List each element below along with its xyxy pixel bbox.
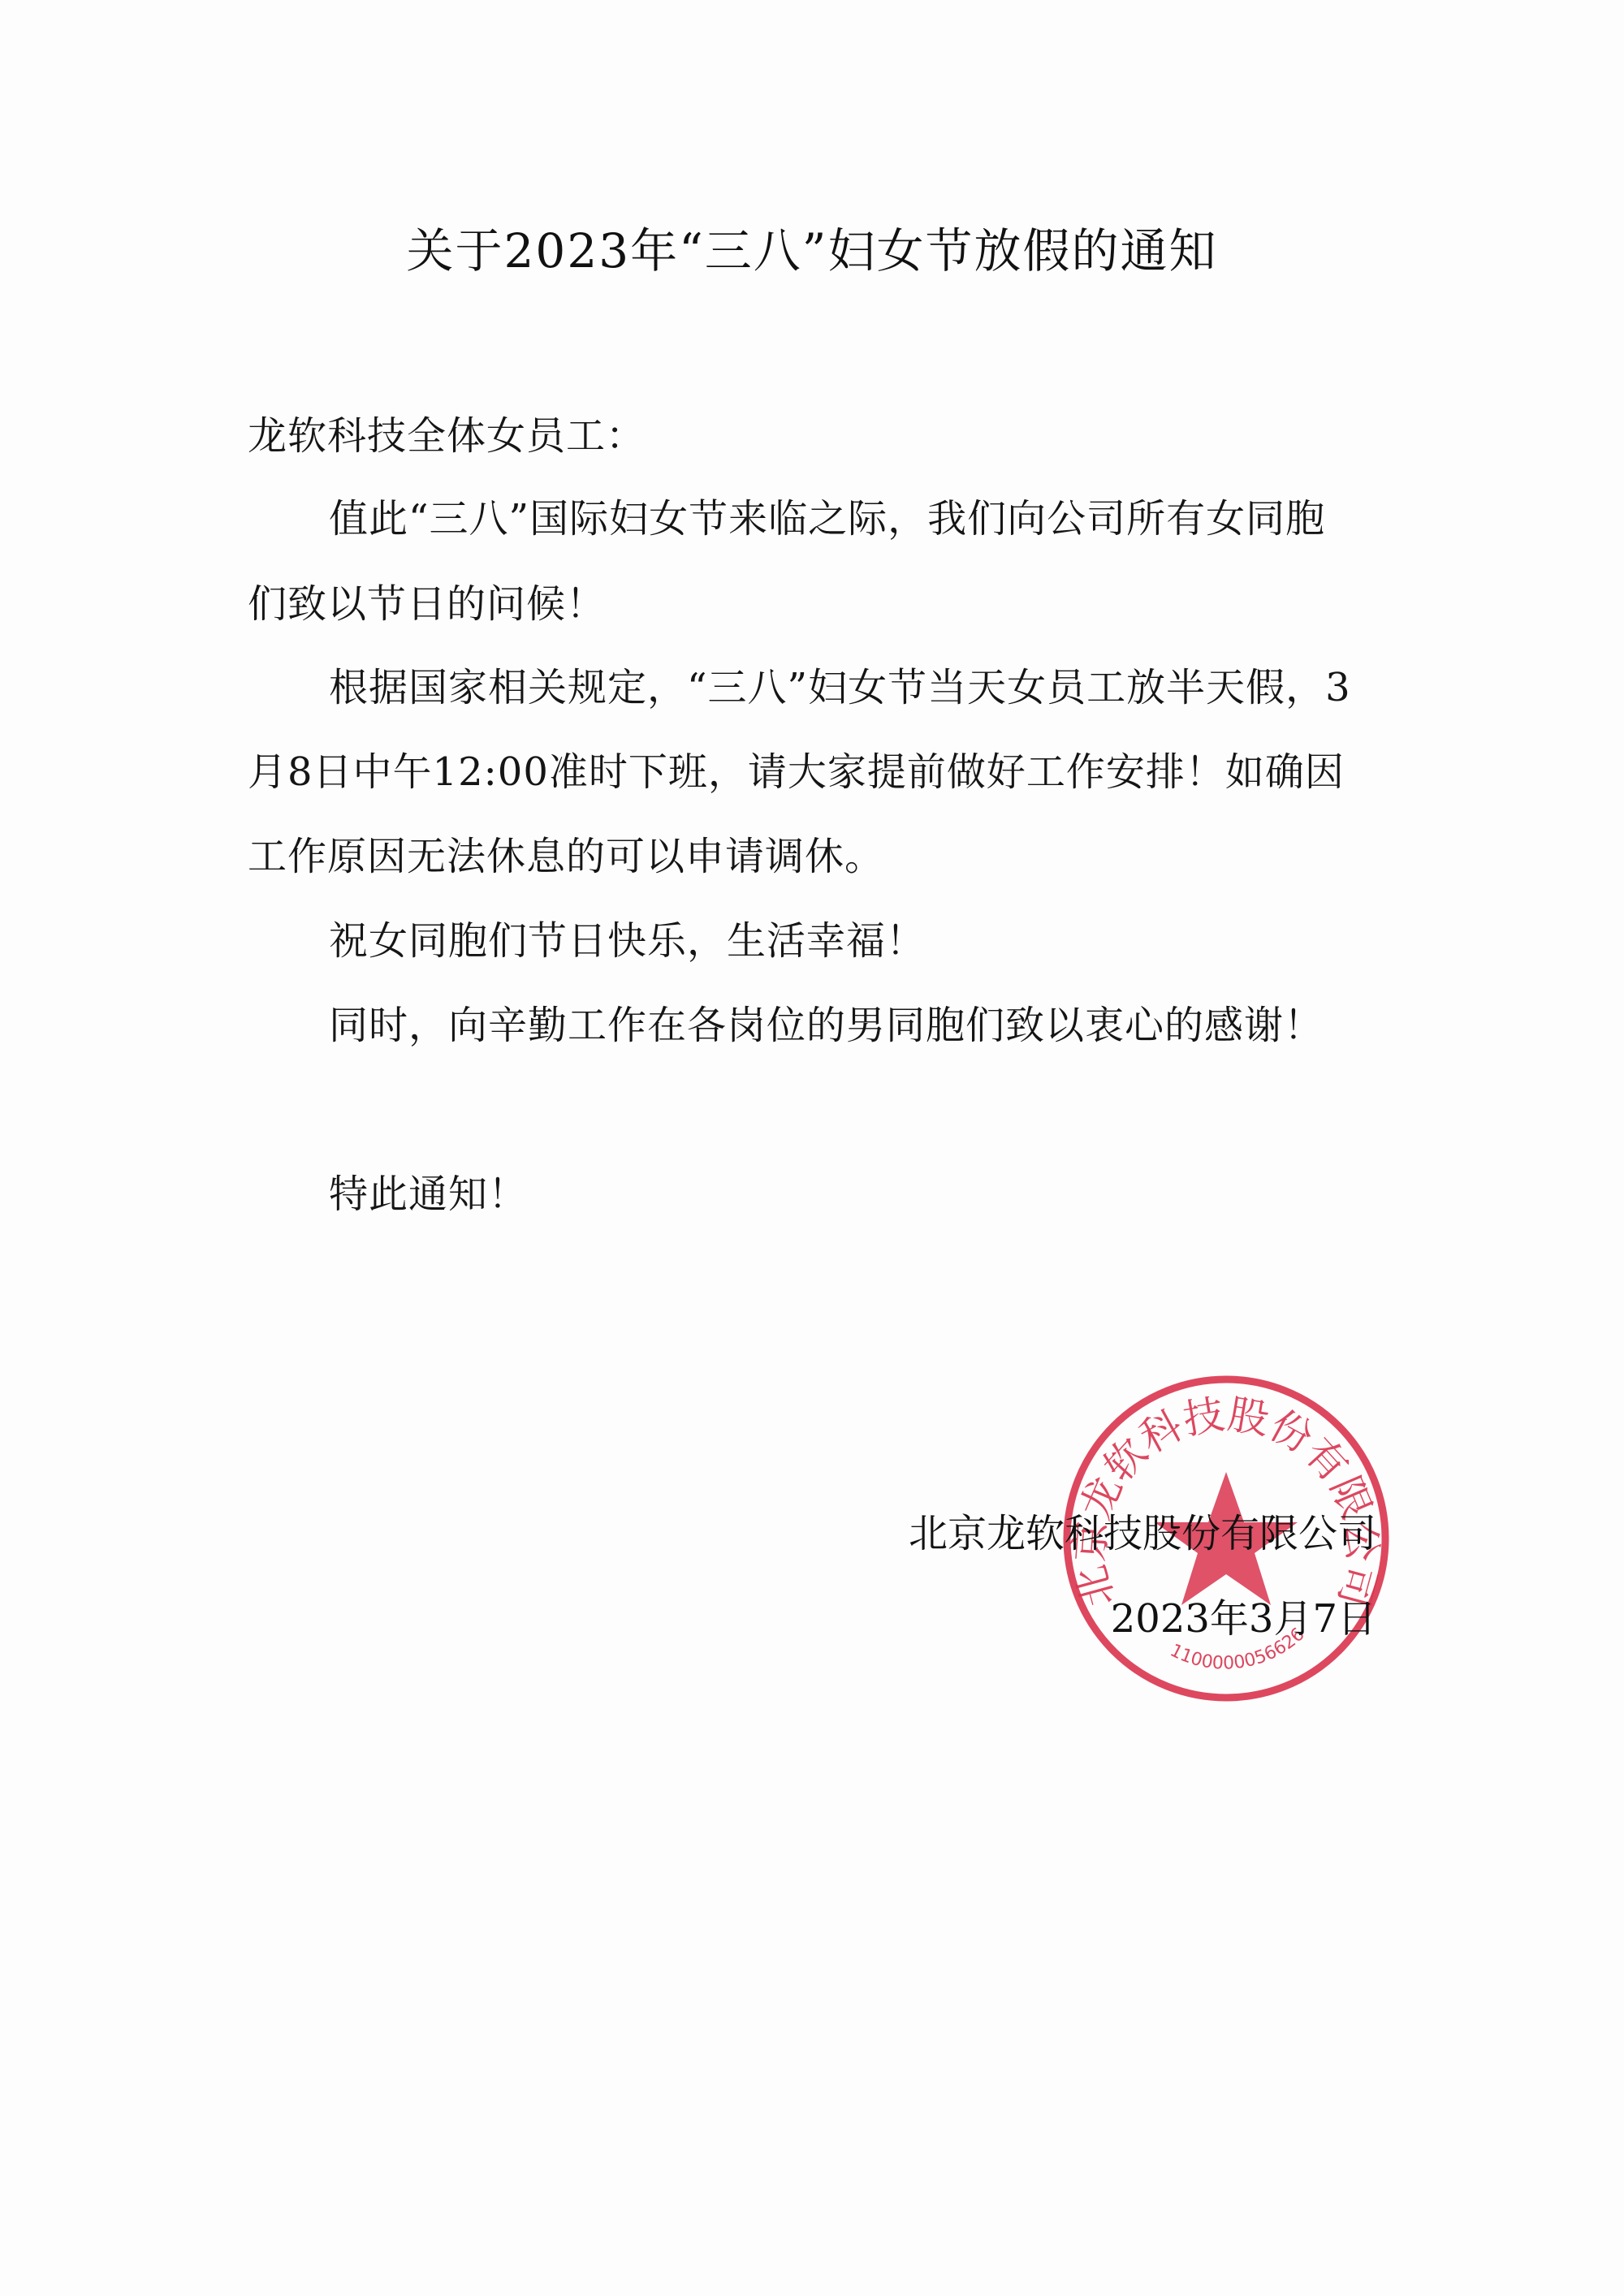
salutation: 龙软科技全体女员工： <box>248 404 646 460</box>
paragraph-2-line-3: 工作原因无法休息的可以申请调休。 <box>248 825 884 881</box>
paragraph-2-line-1: 根据国家相关规定，“三八”妇女节当天女员工放半天假，3 <box>329 656 1351 712</box>
paragraph-1-line-2: 们致以节日的问候！ <box>248 572 606 628</box>
closing-line: 特此通知！ <box>329 1163 528 1219</box>
document-title: 关于2023年“三八”妇女节放假的通知 <box>0 213 1624 281</box>
signature-date: 2023年3月7日 <box>1111 1587 1376 1643</box>
document-page: 关于2023年“三八”妇女节放假的通知 龙软科技全体女员工： 值此“三八”国际妇… <box>0 0 1624 2296</box>
paragraph-4-line-1: 同时，向辛勤工作在各岗位的男同胞们致以衷心的感谢！ <box>329 994 1324 1050</box>
signature-company: 北京龙软科技股份有限公司 <box>909 1502 1376 1558</box>
paragraph-2-line-2: 月8日中午12:00准时下班，请大家提前做好工作安排！如确因 <box>248 740 1345 796</box>
paragraph-1-line-1: 值此“三八”国际妇女节来临之际，我们向公司所有女同胞 <box>329 487 1325 543</box>
paragraph-3-line-1: 祝女同胞们节日快乐，生活幸福！ <box>329 909 926 965</box>
